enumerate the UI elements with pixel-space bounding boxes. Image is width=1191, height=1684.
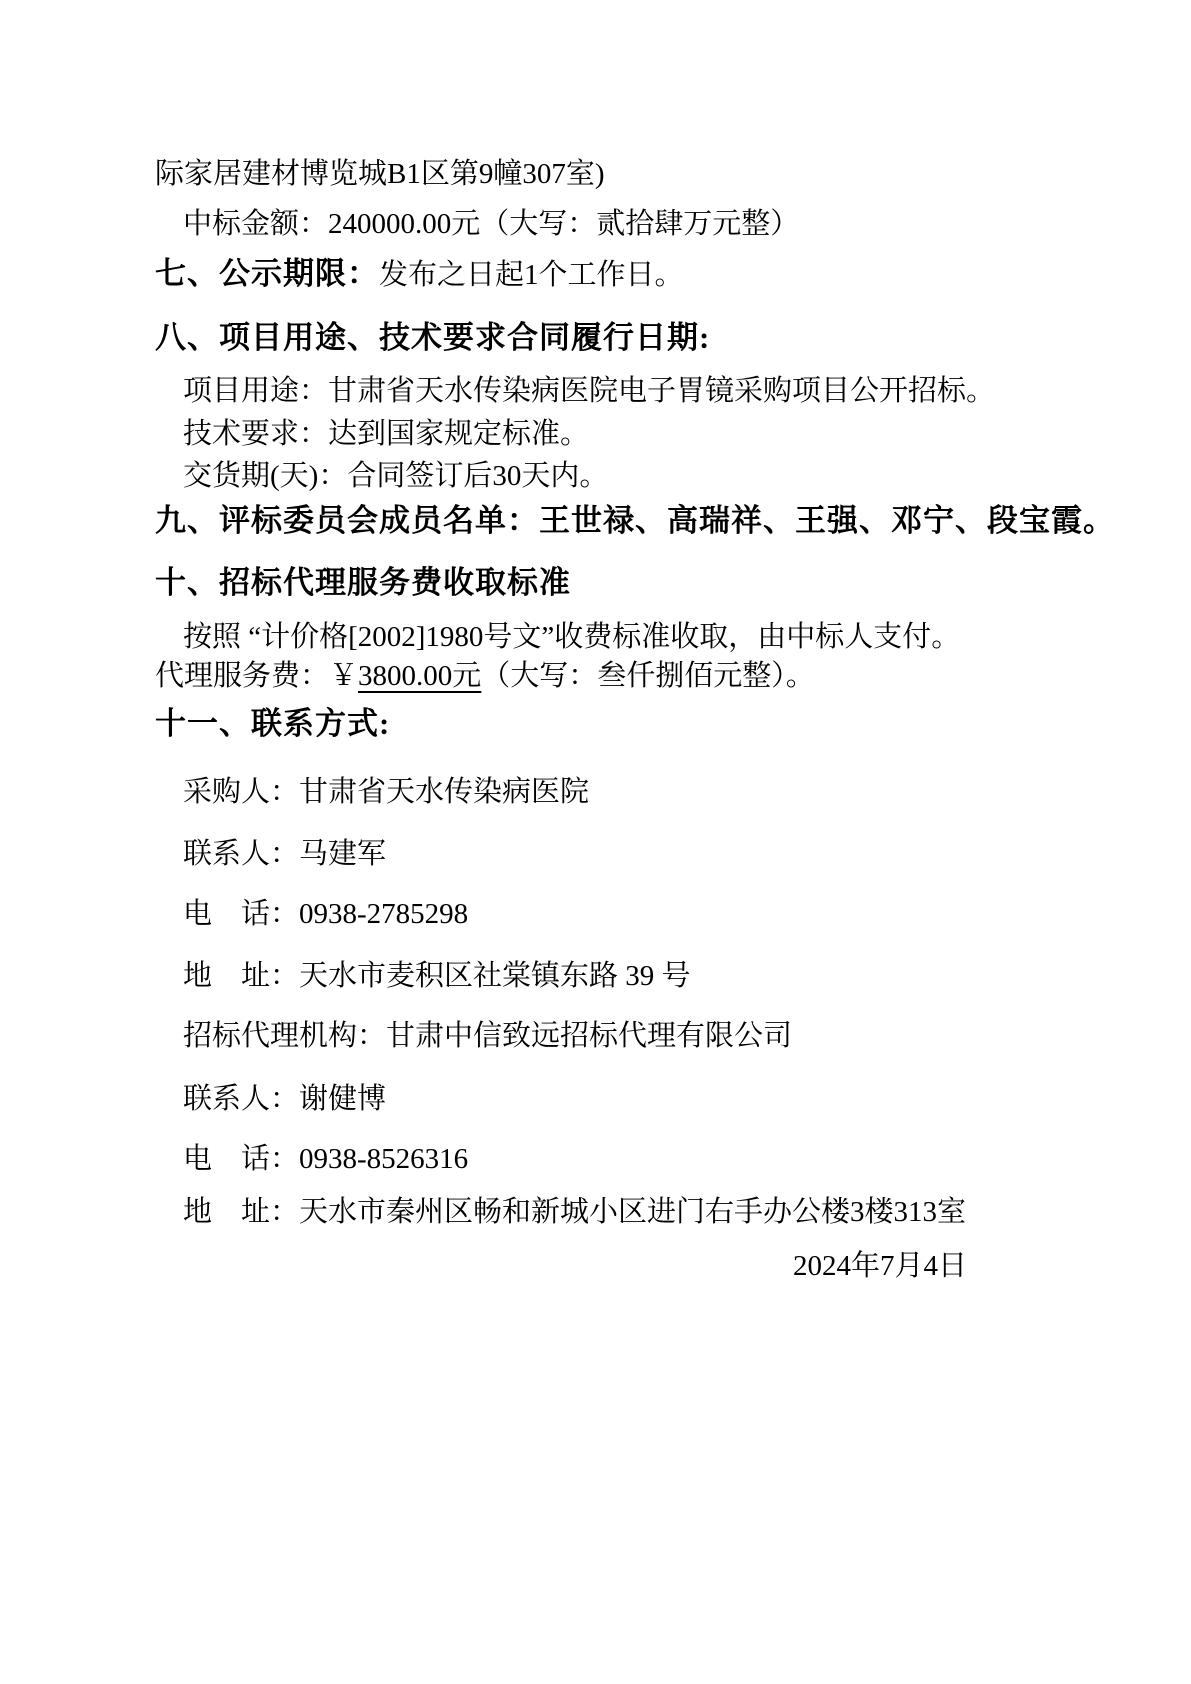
address-continuation-line: 际家居建材博览城B1区第9幢307室) [155,158,605,191]
agency-phone-line: 电 话：0938-8526316 [183,1143,468,1176]
fee-suffix: （大写：叁仟捌佰元整）。 [481,660,815,692]
section8-delivery-period-line: 交货期(天)：合同签订后30天内。 [183,460,608,493]
section10-fee-basis-line: 按照 “计价格[2002]1980号文”收费标准收取，由中标人支付。 [183,621,960,654]
fee-prefix: 代理服务费：￥ [155,660,358,692]
agency-line: 招标代理机构：甘肃中信致远招标代理有限公司 [183,1020,792,1053]
phone-line: 电 话：0938-2785298 [183,898,468,931]
agency-address-line: 地 址：天水市秦州区畅和新城小区进门右手办公楼3楼313室 [183,1196,966,1229]
agency-contact-person-line: 联系人：谢健博 [183,1083,386,1116]
section8-technical-requirement-line: 技术要求：达到国家规定标准。 [183,418,589,451]
contact-person-line: 联系人：马建军 [183,838,386,871]
section9-heading: 九、评标委员会成员名单：王世禄、高瑞祥、王强、邓宁、段宝霞。 [155,503,1115,539]
section8-heading: 八、项目用途、技术要求合同履行日期: [155,320,710,356]
section8-project-use-line: 项目用途：甘肃省天水传染病医院电子胃镜采购项目公开招标。 [183,375,995,408]
fee-amount-underlined: 3800.00元 [358,660,481,692]
purchaser-line: 采购人：甘肃省天水传染病医院 [183,776,589,809]
section7-heading: 七、公示期限： [155,256,379,291]
document-date: 2024年7月4日 [793,1250,967,1283]
section11-heading: 十一、联系方式: [155,706,390,742]
address-line: 地 址：天水市麦积区社棠镇东路 39 号 [183,960,691,993]
section10-fee-line: 代理服务费：￥3800.00元（大写：叁仟捌佰元整）。 [155,660,815,693]
section7-text: 发布之日起1个工作日。 [379,259,684,291]
document-page: 际家居建材博览城B1区第9幢307室) 中标金额：240000.00元（大写：贰… [0,0,1191,1684]
section7-line: 七、公示期限：发布之日起1个工作日。 [155,256,684,292]
award-amount-line: 中标金额：240000.00元（大写：贰拾肆万元整） [183,208,799,241]
section10-heading: 十、招标代理服务费收取标准 [155,565,571,601]
